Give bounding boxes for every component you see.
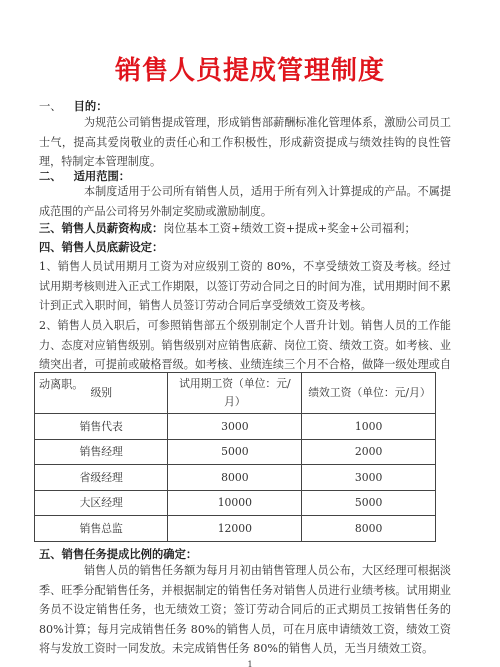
cell-probation: 12000 bbox=[168, 516, 302, 542]
cell-performance: 3000 bbox=[302, 465, 436, 491]
salary-table: 级别 试用期工资（单位：元/月） 绩效工资（单位：元/月） 销售代表 3000 … bbox=[34, 372, 436, 542]
header-performance-salary: 绩效工资（单位：元/月） bbox=[302, 373, 436, 414]
table-row: 省级经理 8000 3000 bbox=[35, 465, 436, 491]
cell-probation: 3000 bbox=[168, 414, 302, 440]
cell-level: 销售总监 bbox=[35, 516, 168, 542]
section-5-heading: 五、销售任务提成比例的确定： bbox=[39, 546, 197, 562]
document-title: 销售人员提成管理制度 bbox=[0, 50, 500, 87]
cell-performance: 5000 bbox=[302, 490, 436, 516]
cell-level: 大区经理 bbox=[35, 490, 168, 516]
cell-probation: 10000 bbox=[168, 490, 302, 516]
header-level: 级别 bbox=[35, 373, 168, 414]
section-1-number: 一、 bbox=[39, 98, 62, 114]
section-1-body: 为规范公司销售提成管理，形成销售部薪酬标准化管理体系，激励公司员工士气，提高其爱… bbox=[39, 113, 451, 172]
header-probation-salary: 试用期工资（单位：元/月） bbox=[168, 373, 302, 414]
cell-performance: 2000 bbox=[302, 439, 436, 465]
section-4-paragraph-1: 1、销售人员试用期月工资为对应级别工资的 80%，不享受绩效工资及考核。经过试用… bbox=[39, 257, 451, 316]
section-1-heading: 一、目的： bbox=[39, 98, 108, 114]
section-3-title: 三、销售人员薪资构成： bbox=[39, 222, 163, 235]
cell-level: 销售代表 bbox=[35, 414, 168, 440]
section-2-body: 本制度适用于公司所有销售人员，适用于所有列入计算提成的产品。不属提成范围的产品公… bbox=[39, 182, 451, 221]
page-number: 1 bbox=[0, 660, 500, 667]
cell-probation: 8000 bbox=[168, 465, 302, 491]
cell-level: 销售经理 bbox=[35, 439, 168, 465]
cell-probation: 5000 bbox=[168, 439, 302, 465]
table-row: 大区经理 10000 5000 bbox=[35, 490, 436, 516]
cell-performance: 1000 bbox=[302, 414, 436, 440]
table-header-row: 级别 试用期工资（单位：元/月） 绩效工资（单位：元/月） bbox=[35, 373, 436, 414]
section-5-title: 五、销售任务提成比例的确定： bbox=[39, 548, 197, 561]
section-3-heading: 三、销售人员薪资构成：岗位基本工资+绩效工资+提成+奖金+公司福利； bbox=[39, 220, 416, 236]
section-5-body: 销售人员的销售任务额为每月月初由销售管理人员公布，大区经理可根据淡季、旺季分配销… bbox=[39, 561, 451, 659]
table-row: 销售经理 5000 2000 bbox=[35, 439, 436, 465]
section-3-content: 岗位基本工资+绩效工资+提成+奖金+公司福利； bbox=[163, 222, 416, 235]
section-4-heading: 四、销售人员底薪设定： bbox=[39, 239, 163, 255]
section-4-title: 四、销售人员底薪设定： bbox=[39, 241, 163, 254]
section-1-title: 目的： bbox=[74, 100, 108, 113]
table-row: 销售总监 12000 8000 bbox=[35, 516, 436, 542]
table-row: 销售代表 3000 1000 bbox=[35, 414, 436, 440]
cell-performance: 8000 bbox=[302, 516, 436, 542]
cell-level: 省级经理 bbox=[35, 465, 168, 491]
